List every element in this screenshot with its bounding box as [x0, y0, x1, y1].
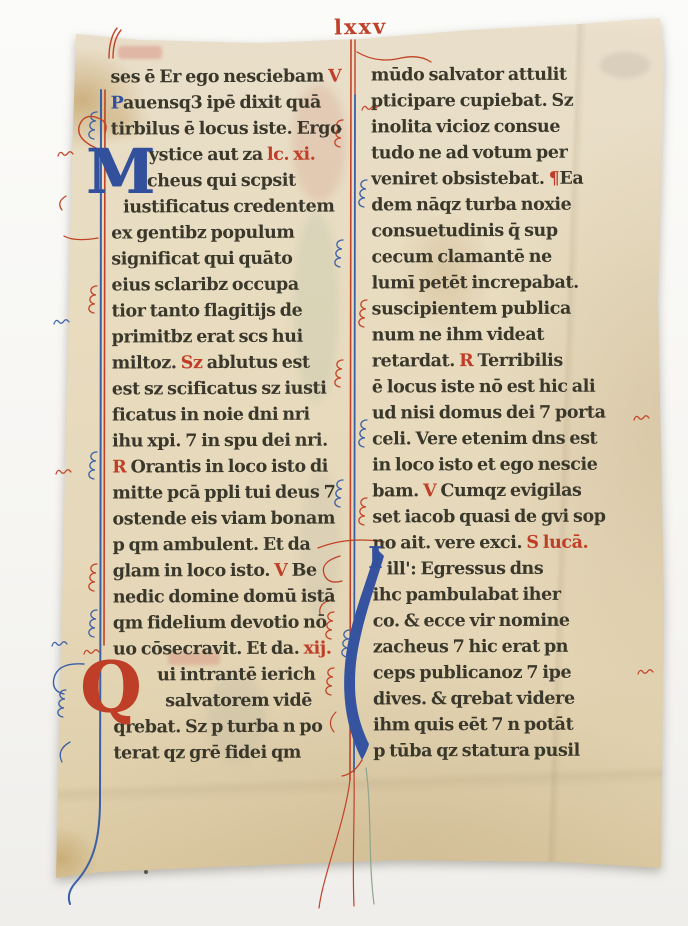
- text-line: terat qz grē fidei qm: [113, 739, 351, 766]
- text-segment: est sz scificatus sz iusti: [112, 379, 327, 400]
- text-segment: miltoz.: [112, 353, 181, 373]
- text-segment: Orantis in loco isto di: [126, 457, 328, 478]
- text-line: inolita vicioz consue: [371, 114, 627, 141]
- text-line: in loco isto et ego nescie: [372, 452, 628, 479]
- text-segment: P: [111, 93, 123, 113]
- left-text-column: ses ē Er ego nesciebam VPauensq3 ipē dix…: [110, 63, 351, 766]
- text-line: dem nāqz turba noxie: [371, 192, 627, 219]
- text-line: ostende eis viam bonam: [112, 505, 350, 532]
- text-line: eius sclaribz occupa: [111, 271, 349, 298]
- text-segment: lc. xi.: [267, 145, 315, 165]
- text-line: miltoz. Sz ablutus est: [112, 349, 350, 376]
- text-segment: Ea: [559, 169, 583, 189]
- text-line: celi. Vere etenim dns est: [372, 426, 628, 453]
- text-segment: co. & ecce vir nomine: [373, 611, 570, 632]
- text-line: lumī petēt increpabat.: [372, 270, 628, 297]
- text-line: mūdo salvator attulit: [371, 62, 627, 89]
- text-segment: mūdo salvator attulit: [371, 65, 567, 86]
- text-segment: bam.: [372, 481, 423, 501]
- text-segment: ostende eis viam bonam: [112, 509, 335, 530]
- text-segment: ihc pambulabat iher: [373, 585, 561, 606]
- text-segment: ex gentibz populum: [111, 223, 294, 244]
- text-segment: set iacob quasi de gvi sop: [372, 507, 605, 528]
- text-segment: ud nisi domus dei 7 porta: [372, 403, 606, 424]
- text-line: Pauensq3 ipē dixit quā: [111, 89, 349, 116]
- text-line: p qm ambulent. Et da: [113, 531, 351, 558]
- text-line: ceps publicanoz 7 ipe: [373, 660, 629, 687]
- text-segment: tirbilus ē locus iste. Ergo: [111, 119, 342, 140]
- text-line: R Orantis in loco isto di: [112, 453, 350, 480]
- text-segment: ill': Egressus dns: [387, 559, 544, 580]
- text-segment: ¶: [549, 169, 560, 189]
- text-line: primitbz erat scs hui: [112, 323, 350, 350]
- text-segment: consuetudinis q̄ sup: [371, 221, 557, 242]
- text-line: bam. V Cumqz evigilas: [372, 478, 628, 505]
- text-segment: cecum clamantē ne: [371, 247, 551, 268]
- text-segment: glam in loco isto.: [113, 561, 275, 582]
- text-segment: tudo ne ad votum per: [371, 143, 567, 164]
- text-segment: dives. & qrebat videre: [373, 689, 575, 710]
- text-segment: Be: [287, 561, 316, 581]
- text-segment: veniret obsistebat.: [371, 169, 549, 190]
- text-segment: ihm quis eēt 7 n potāt: [373, 715, 573, 736]
- text-line: no ait. vere exci. S lucā.: [372, 530, 628, 557]
- text-segment: no ait. vere exci.: [372, 533, 526, 554]
- text-segment: dem nāqz turba noxie: [371, 195, 571, 216]
- text-segment: Cumqz evigilas: [436, 481, 581, 502]
- text-segment: xij.: [304, 639, 332, 659]
- text-segment: qrebat. Sz p turba n po: [113, 717, 322, 738]
- text-segment: celi. Vere etenim dns est: [372, 429, 597, 450]
- text-segment: auensq3 ipē dixit quā: [123, 93, 321, 114]
- text-line: glam in loco isto. V Be: [113, 557, 351, 584]
- text-line: est sz scificatus sz iusti: [112, 375, 350, 402]
- text-segment: p qm ambulent. Et da: [113, 535, 311, 556]
- text-line: ystice aut za lc. xi.: [111, 141, 349, 168]
- text-line: tirbilus ē locus iste. Ergo: [111, 115, 349, 142]
- text-segment: V: [274, 561, 287, 581]
- text-segment: ihu xpi. 7 in spu dei nri.: [112, 431, 328, 452]
- text-line: qm fidelium devotio nō: [113, 609, 351, 636]
- text-segment: mitte pcā ppli tui deus 7: [112, 483, 335, 504]
- text-segment: R: [112, 457, 126, 477]
- text-segment: qm fidelium devotio nō: [113, 613, 327, 634]
- text-segment: in loco isto et ego nescie: [372, 455, 597, 476]
- text-line: mitte pcā ppli tui deus 7: [112, 479, 350, 506]
- text-segment: iustificatus credentem: [123, 197, 335, 218]
- text-line: qrebat. Sz p turba n po: [113, 713, 351, 740]
- text-line: ex gentibz populum: [111, 219, 349, 246]
- text-segment: ystice aut za: [149, 145, 267, 166]
- text-segment: salvatorem vidē: [165, 691, 312, 712]
- text-line: cheus qui scpsit: [111, 167, 349, 194]
- text-line: uo cōsecravit. Et da. xij.: [113, 635, 351, 662]
- text-segment: suscipientem publica: [372, 299, 571, 320]
- text-line: num ne ihm videat: [372, 322, 628, 349]
- text-line: tudo ne ad votum per: [371, 140, 627, 167]
- text-segment: ses ē Er ego nesciebam: [110, 67, 328, 88]
- text-line: zacheus 7 hic erat pn: [373, 634, 629, 661]
- text-segment: V: [328, 67, 341, 87]
- text-segment: ablutus est: [203, 353, 310, 373]
- text-line: ses ē Er ego nesciebam V: [110, 63, 348, 90]
- text-line: ihc pambulabat iher: [373, 582, 629, 609]
- text-segment: S lucā.: [526, 533, 588, 553]
- text-line: consuetudinis q̄ sup: [371, 218, 627, 245]
- text-line: ill': Egressus dns: [372, 556, 628, 583]
- text-line: ud nisi domus dei 7 porta: [372, 400, 628, 427]
- text-segment: ē locus iste nō est hic ali: [372, 377, 595, 398]
- text-line: ui intrantē ierich: [113, 661, 351, 688]
- text-segment: num ne ihm videat: [372, 325, 544, 346]
- text-segment: cheus qui scpsit: [147, 171, 296, 192]
- text-segment: retardat.: [372, 351, 459, 371]
- text-segment: tior tanto flagitijs de: [112, 301, 303, 322]
- text-segment: p tūba qz statura pusil: [373, 741, 580, 762]
- text-segment: ceps publicanoz 7 ipe: [373, 663, 571, 684]
- text-segment: ui intrantē ierich: [157, 665, 315, 686]
- text-line: co. & ecce vir nomine: [373, 608, 629, 635]
- text-line: cecum clamantē ne: [371, 244, 627, 271]
- text-segment: uo cōsecravit. Et da.: [113, 639, 304, 660]
- text-segment: Terribilis: [473, 351, 563, 371]
- text-segment: V: [423, 481, 436, 501]
- text-segment: pticipare cupiebat. Sz: [371, 91, 573, 112]
- text-line: salvatorem vidē: [113, 687, 351, 714]
- text-line: dives. & qrebat videre: [373, 686, 629, 713]
- text-line: pticipare cupiebat. Sz: [371, 88, 627, 115]
- text-segment: lumī petēt increpabat.: [372, 273, 579, 294]
- text-line: tior tanto flagitijs de: [111, 297, 349, 324]
- text-segment: R: [459, 351, 473, 371]
- text-segment: terat qz grē fidei qm: [113, 743, 301, 764]
- text-line: retardat. R Terribilis: [372, 348, 628, 375]
- text-segment: inolita vicioz consue: [371, 117, 560, 138]
- text-segment: zacheus 7 hic erat pn: [373, 637, 568, 658]
- text-line: suscipientem publica: [372, 296, 628, 323]
- text-segment: eius sclaribz occupa: [111, 275, 298, 296]
- folio-number: lxxv: [334, 14, 388, 40]
- text-line: set iacob quasi de gvi sop: [372, 504, 628, 531]
- text-line: ihu xpi. 7 in spu dei nri.: [112, 427, 350, 454]
- text-line: nedic domine domū istā: [113, 583, 351, 610]
- text-line: ficatus in noie dni nri: [112, 401, 350, 428]
- text-line: p tūba qz statura pusil: [373, 738, 629, 765]
- text-segment: Sz: [181, 353, 203, 373]
- text-line: veniret obsistebat. ¶Ea: [371, 166, 627, 193]
- text-segment: nedic domine domū istā: [113, 587, 335, 608]
- text-line: ihm quis eēt 7 n potāt: [373, 712, 629, 739]
- text-line: significat qui quāto: [111, 245, 349, 272]
- text-segment: ficatus in noie dni nri: [112, 405, 310, 426]
- text-segment: primitbz erat scs hui: [112, 327, 303, 348]
- text-line: ē locus iste nō est hic ali: [372, 374, 628, 401]
- text-line: iustificatus credentem: [111, 193, 349, 220]
- right-text-column: mūdo salvator attulitpticipare cupiebat.…: [371, 62, 629, 765]
- text-segment: significat qui quāto: [111, 249, 292, 270]
- photo-backdrop: lxxv ses ē Er ego nesciebam VPauensq3 ip…: [0, 0, 688, 926]
